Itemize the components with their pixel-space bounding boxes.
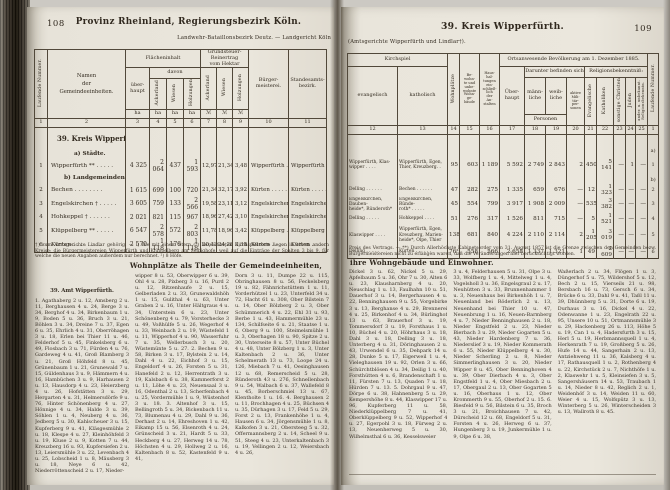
page-edge-shadow	[663, 0, 670, 490]
table-cell: Engelskirchen . .	[249, 197, 289, 211]
col-number: 17	[500, 126, 525, 135]
table-cell	[233, 128, 249, 149]
table-cell: Engelskirchen . .	[289, 197, 327, 211]
table-cell: 317	[480, 212, 500, 225]
table-cell: 811	[525, 212, 546, 225]
table-row: a) Städte.	[35, 149, 327, 159]
table-cell: Wipperfürth ** . . . . .	[48, 159, 126, 173]
header-religion: Religionsbekenntniß:	[585, 67, 648, 78]
table-cell: 2 843	[546, 154, 567, 177]
table-cell: —	[614, 184, 626, 197]
table-cell: 967	[184, 211, 201, 224]
table-cell: 21,34	[201, 184, 217, 197]
table-cell: 19,58	[201, 197, 217, 211]
table-cell: 100	[167, 184, 184, 197]
text-column: Dickel 3 u. 62, Nickel 5 u. 29, Apfelbau…	[349, 269, 447, 474]
table-cell: 676	[546, 184, 567, 197]
header-ackerland-m: Ackerland	[201, 68, 217, 110]
table-cell: 659	[525, 184, 546, 197]
table-cell: 1 521	[597, 212, 614, 225]
table-cell: 4 325	[126, 159, 150, 173]
left-table-header: Laufende Nummer. Namen der Gemeindeeinhe…	[35, 50, 327, 128]
header-haushaltungen: Haus- hal- tungen ein- schließ- lich der…	[480, 54, 500, 126]
table-cell: 27,42	[217, 211, 233, 224]
header-laufende-nummer: Laufende Nummer.	[35, 50, 48, 119]
header-militaer: aktive Mili- tär- per- sonen	[567, 78, 585, 126]
table-cell: Klüppelberg . . .	[249, 224, 289, 238]
header-maennliche: männ- liche	[525, 78, 546, 115]
table-cell	[217, 149, 233, 159]
table-cell	[249, 128, 289, 149]
header-wohngebaeude: Be- wohn- te und unbe- wohnte Wohn- ge- …	[460, 54, 480, 126]
andere-label: ander. u. unbekannt. Religionsbekenntn.	[638, 80, 646, 121]
table-cell: 1	[626, 154, 636, 177]
col-number: 1	[648, 126, 659, 135]
table-cell: 699	[150, 184, 167, 197]
table-cell: —	[626, 197, 636, 213]
right-footnote: Preis des Vertrags. — **) Durch Allerhöc…	[349, 246, 656, 257]
table-cell	[201, 173, 217, 184]
table-cell	[614, 177, 626, 184]
table-cell	[448, 177, 460, 184]
table-cell: 3,48	[233, 159, 249, 173]
table-cell: —	[636, 225, 648, 245]
table-cell: 5	[585, 212, 597, 225]
table-cell	[35, 173, 48, 184]
header-laufende-nummer-label: Laufende Nummer.	[38, 59, 43, 107]
table-cell: 840	[480, 225, 500, 245]
table-row: 5Klüppelberg ** . . . . .6 5472 5785722 …	[35, 224, 327, 238]
table-cell: 2 578	[150, 224, 167, 238]
table-cell: 2 064	[150, 159, 167, 173]
table-cell: 95	[448, 154, 460, 177]
table-cell	[585, 177, 597, 184]
col-number: 10	[249, 119, 289, 128]
table-cell: 759	[150, 197, 167, 211]
text-column: 39. Amt Wipperfürth. 1. Agathaberg 2 u. …	[35, 273, 129, 479]
left-wohnplaetze-columns: 39. Amt Wipperfürth. 1. Agathaberg 2 u. …	[35, 273, 329, 479]
col-number: 24	[626, 126, 636, 135]
table-cell: 1 189	[480, 154, 500, 177]
table-cell: Engelskirchen, Dauben- heide*, Ründeroth…	[348, 197, 398, 213]
col-number: 9	[233, 119, 249, 128]
col-number: 13	[398, 126, 448, 135]
table-cell: Engelskirchen, Ründe- roth* . . . . .	[398, 197, 448, 213]
table-cell: 1	[35, 159, 48, 173]
table-cell	[525, 177, 546, 184]
book-spine	[0, 0, 30, 490]
table-cell: 554	[460, 197, 480, 213]
table-cell: 5	[648, 225, 659, 245]
table-cell	[567, 177, 585, 184]
right-wohnplaetze-columns: Dickel 3 u. 62, Nickel 5 u. 29, Apfelbau…	[349, 269, 656, 475]
table-cell: 2	[567, 225, 585, 245]
header-ueberhaupt: Über- haupt	[500, 67, 525, 126]
left-section-heading: Wohnplätze als Theile der Gemeindeeinhei…	[122, 261, 330, 270]
header-kirchspiel: Kirchspiel	[348, 54, 448, 67]
table-row: 39. Kreis Wipperfürth.	[35, 128, 327, 149]
table-cell: 2 110	[525, 225, 546, 245]
unit-mark: ℳ	[233, 110, 249, 119]
table-cell: 1 593	[184, 159, 201, 173]
table-cell: 2 009	[546, 197, 567, 213]
table-cell	[546, 135, 567, 154]
table-cell: 2	[35, 184, 48, 197]
table-cell: 1 323	[597, 184, 614, 197]
table-cell: 3	[648, 197, 659, 213]
table-cell: 720	[184, 184, 201, 197]
header-flaecheninhalt: Flächeninhalt	[126, 50, 201, 68]
table-cell: —	[614, 154, 626, 177]
table-cell	[150, 173, 167, 184]
evangelische-label: Evangelische	[588, 84, 593, 117]
table-cell: —	[567, 197, 585, 213]
header-ackerland-ha: Ackerland	[150, 79, 167, 110]
table-cell: 3,92	[233, 184, 249, 197]
table-cell: 3 019	[597, 225, 614, 245]
table-cell: 2 566	[184, 197, 201, 211]
table-cell: —	[626, 225, 636, 245]
table-cell: —	[614, 225, 626, 245]
table-cell: Engelskirchen † . . . . .	[48, 197, 126, 211]
col-number: 11	[289, 119, 327, 128]
col-number: 5	[167, 119, 184, 128]
right-page-subtitle: (Amtsgerichte Wipperfürth und Lindlar†).	[348, 39, 466, 45]
header-sonstige-christen: sonstige Christen	[614, 78, 626, 126]
table-cell: Klüppelberg . .	[289, 224, 327, 238]
right-table-body: a)Wipperfürth, Klas- wipper . . . .Wippe…	[348, 135, 659, 259]
col-number: 22	[597, 126, 614, 135]
table-cell: —	[626, 212, 636, 225]
table-cell	[150, 128, 167, 149]
table-cell: Klaswipper . . . .	[348, 225, 398, 245]
table-cell: Bechen . . . . . . . .	[48, 184, 126, 197]
table-cell: 437	[167, 159, 184, 173]
table-cell	[480, 177, 500, 184]
table-cell: 2 021	[126, 211, 150, 224]
scanned-book-spread: 108 Provinz Rheinland, Regierungsbezirk …	[0, 0, 670, 490]
table-row: Engelskirchen, Dauben- heide*, Ründeroth…	[348, 197, 659, 213]
header-grundsteuer: Grundsteuer- Reinertrag vom Hektar	[201, 50, 249, 68]
table-cell	[167, 128, 184, 149]
table-row: 4Hohkeppel † . . . . . .2 02182111596718…	[35, 211, 327, 224]
table-cell: 799	[480, 197, 500, 213]
table-cell	[546, 177, 567, 184]
table-cell	[126, 128, 150, 149]
col-number: 4	[150, 119, 167, 128]
table-cell: 32,17	[217, 184, 233, 197]
holzungen-label: Holzungen	[238, 74, 243, 101]
table-cell	[348, 135, 398, 154]
table-row: 3Engelskirchen † . . . . .3 6057591332 5…	[35, 197, 327, 211]
table-cell: 603	[460, 154, 480, 177]
header-katholisch: katholisch	[398, 67, 448, 126]
table-cell: 2	[648, 184, 659, 197]
table-cell: 1 615	[126, 184, 150, 197]
table-cell: —	[567, 212, 585, 225]
table-cell: 11,78	[201, 224, 217, 238]
header-weibliche: weib- liche	[546, 78, 567, 115]
page-left: 108 Provinz Rheinland, Regierungsbezirk …	[27, 7, 334, 485]
table-cell: 276	[460, 212, 480, 225]
left-table-body: 39. Kreis Wipperfürth.a) Städte.1Wipperf…	[35, 128, 327, 253]
table-cell: —	[636, 154, 648, 177]
table-row: 1Wipperfürth ** . . . . .4 3252 0644371 …	[35, 159, 327, 173]
table-cell: 5	[35, 224, 48, 238]
table-cell	[201, 128, 217, 149]
table-cell	[597, 177, 614, 184]
katholiken-label: Katholiken	[602, 87, 607, 114]
header-personen: Personen	[525, 115, 567, 126]
table-cell: 1 335	[500, 184, 525, 197]
table-cell: Wipperfürth, Egen, Kreuzberg, Marien- he…	[398, 225, 448, 245]
table-cell	[249, 173, 289, 184]
col-number: 20	[567, 126, 585, 135]
table-cell: 51	[448, 212, 460, 225]
col-number: 14	[448, 126, 460, 135]
text-column: 3 u. 4, Felderhausen 5 u. 31, Olpe 3 u. …	[453, 269, 551, 474]
table-cell: Wipperfürth . . .	[249, 159, 289, 173]
right-section-heading: ihre Wohngebäude und Einwohner.	[350, 258, 494, 267]
table-cell: 138	[448, 225, 460, 245]
table-cell: Delling . . . . .	[348, 212, 398, 225]
header-ueberhaupt: über- haupt	[126, 68, 150, 110]
unit-ha: ha	[126, 110, 150, 119]
table-cell	[525, 135, 546, 154]
table-cell: Klüppelberg ** . . . . .	[48, 224, 126, 238]
table-row: b)	[348, 177, 659, 184]
header-darunter: Darunter befinden sich	[525, 67, 585, 78]
header-holzungen-m: Holzungen	[233, 68, 249, 110]
col-number: 21	[585, 126, 597, 135]
col-number: 25	[636, 126, 648, 135]
unit-ha: ha	[167, 110, 184, 119]
table-cell: 3 382	[597, 197, 614, 213]
table-cell	[184, 149, 201, 159]
juden-label: Juden	[628, 93, 633, 107]
table-cell: 3,42	[233, 224, 249, 238]
table-cell	[348, 177, 398, 184]
table-cell: 1 526	[500, 212, 525, 225]
left-footnote: †) zum Amtsgerichte Lindlar gehörig. — ¹…	[35, 243, 329, 260]
table-cell: 21,34	[217, 159, 233, 173]
table-cell: 4	[648, 212, 659, 225]
table-cell: Bechen . . . . . .	[398, 184, 448, 197]
table-cell	[217, 173, 233, 184]
table-cell	[626, 177, 636, 184]
table-cell	[398, 177, 448, 184]
col-number: 12	[348, 126, 398, 135]
col-number: 3	[126, 119, 150, 128]
table-cell: 2	[567, 154, 585, 177]
table-cell: Hohkeppel † . . . . . .	[48, 211, 126, 224]
wohnplaetze-label: Wohnplätze	[451, 74, 456, 103]
table-cell: 115	[167, 211, 184, 224]
table-cell	[500, 135, 525, 154]
table-cell	[289, 149, 327, 159]
col-number: 6	[184, 119, 201, 128]
ackerland-label: Ackerland	[206, 75, 211, 101]
text-column: wipper 8 u. 53, Oberwipper 6 u. 39, Ohl …	[135, 273, 229, 479]
header-evangelische: Evangelische	[585, 78, 597, 126]
table-row: b) Landgemeinden.	[35, 173, 327, 184]
table-cell: 39. Kreis Wipperfürth.	[48, 128, 126, 149]
text-column: Waßerlach 2 u. 34, Flögen 1 u. 3, Dünger…	[558, 269, 656, 474]
col-number: 1	[35, 119, 48, 128]
header-laufende-nummer-label: Laufende Nummer.	[651, 64, 656, 112]
header-holzungen-ha: Holzungen	[184, 79, 201, 110]
table-cell	[201, 149, 217, 159]
wiesen-label: Wiesen	[172, 84, 177, 102]
table-cell: Kürten . . . . . .	[249, 184, 289, 197]
table-cell	[126, 173, 150, 184]
col-number: 8	[217, 119, 233, 128]
table-cell: b)	[648, 177, 659, 184]
table-cell	[233, 149, 249, 159]
table-cell	[150, 149, 167, 159]
table-cell	[636, 135, 648, 154]
right-statistics-table: Kirchspiel Wohnplätze Be- wohn- te und u…	[347, 53, 659, 259]
table-cell: —	[626, 184, 636, 197]
header-davon: davon	[150, 68, 201, 79]
table-cell	[567, 135, 585, 154]
col-number: 16	[480, 126, 500, 135]
holzungen-label: Holzungen	[189, 79, 194, 106]
table-cell	[614, 135, 626, 154]
table-cell: 4 224	[500, 225, 525, 245]
table-cell	[597, 135, 614, 154]
table-cell	[167, 173, 184, 184]
table-cell: 572	[167, 224, 184, 238]
unit-mark: ℳ	[201, 110, 217, 119]
table-cell	[233, 173, 249, 184]
text-column: Dorn 3 u. 11, Dumpe 22 u. 115, Obringhau…	[235, 273, 329, 479]
table-cell: 535	[585, 197, 597, 213]
table-cell: 821	[150, 211, 167, 224]
table-cell: 3 917	[500, 197, 525, 213]
table-cell: 3 605	[126, 197, 150, 211]
gutter-shadow	[330, 0, 344, 490]
table-cell: 23,11	[217, 197, 233, 211]
header-wiesen-ha: Wiesen	[167, 79, 184, 110]
table-cell: 3,10	[233, 211, 249, 224]
left-page-title: Provinz Rheinland, Regierungsbezirk Köln…	[57, 17, 320, 27]
page-right: 109 39. Kreis Wipperfürth. (Amtsgerichte…	[341, 7, 664, 485]
table-cell: —	[614, 197, 626, 213]
ackerland-label: Ackerland	[155, 80, 160, 106]
right-page-title: 39. Kreis Wipperfürth.	[381, 21, 624, 32]
table-cell	[626, 135, 636, 154]
table-cell: 2 803	[184, 224, 201, 238]
wiesen-label: Wiesen	[222, 78, 227, 96]
table-row: Delling . . . . . .Bechen . . . . . .472…	[348, 184, 659, 197]
table-cell: 45	[448, 197, 460, 213]
table-cell: 715	[546, 212, 567, 225]
col-number: 2	[48, 119, 126, 128]
header-buergermeisterei: Bürger- meisterei.	[249, 50, 289, 119]
table-row: Wipperfürth, Klas- wipper . . . .Wipperf…	[348, 154, 659, 177]
table-cell	[35, 149, 48, 159]
table-cell	[126, 149, 150, 159]
table-cell: Hohkeppel . . . .	[398, 212, 448, 225]
table-cell: a) Städte.	[48, 149, 126, 159]
table-cell: Engelskirchen . .	[289, 211, 327, 224]
table-cell: 12	[585, 184, 597, 197]
table-cell: 6 547	[126, 224, 150, 238]
table-cell: 18,96	[217, 224, 233, 238]
table-cell: 12,97	[201, 159, 217, 173]
table-cell: 282	[460, 184, 480, 197]
col-number: 15	[460, 126, 480, 135]
table-cell: —	[636, 197, 648, 213]
table-cell: 450	[585, 154, 597, 177]
table-cell: b) Landgemeinden.	[48, 173, 126, 184]
table-cell	[636, 177, 648, 184]
table-cell: —	[567, 184, 585, 197]
table-row: a)	[348, 135, 659, 154]
table-cell: 4	[35, 211, 48, 224]
table-cell: 3	[35, 197, 48, 211]
table-cell	[217, 128, 233, 149]
left-statistics-table: Laufende Nummer. Namen der Gemeindeeinhe…	[34, 49, 327, 253]
table-cell: 2 749	[525, 154, 546, 177]
table-cell: Kürten . . . . .	[289, 184, 327, 197]
table-cell: 2 114	[546, 225, 567, 245]
header-standesamtsbezirk: Standesamts- bezirk.	[289, 50, 327, 119]
table-cell: 3,12	[233, 197, 249, 211]
col-number: 7	[201, 119, 217, 128]
table-cell: 5 592	[500, 154, 525, 177]
table-cell	[460, 135, 480, 154]
table-row: 2Bechen . . . . . . . .1 61569910072021,…	[35, 184, 327, 197]
header-andere: ander. u. unbekannt. Religionsbekenntn.	[636, 78, 648, 126]
col-number: 23	[614, 126, 626, 135]
table-cell	[480, 135, 500, 154]
table-cell	[35, 128, 48, 149]
right-page-number: 109	[634, 24, 652, 34]
table-cell: Delling . . . . . .	[348, 184, 398, 197]
table-cell: —	[636, 184, 648, 197]
wohnplaetze-text: 1. Agathaberg 2 u. 12, Amsberg 2 u. 11, …	[35, 298, 129, 475]
left-page-subtitle: Landwehr-Bataillonsbezirk Deutz. — Landg…	[137, 35, 331, 41]
unit-mark: ℳ	[217, 110, 233, 119]
table-cell: —	[636, 212, 648, 225]
table-cell: Wipperfürth, Klas- wipper . . . .	[348, 154, 398, 177]
unit-ha: ha	[150, 110, 167, 119]
header-laufende-nummer: Laufende Nummer.	[648, 54, 659, 126]
table-cell	[398, 135, 448, 154]
table-cell	[460, 177, 480, 184]
table-cell	[184, 128, 201, 149]
table-cell: 18,96	[201, 211, 217, 224]
table-cell: Wipperfürth . .	[289, 159, 327, 173]
table-cell	[289, 128, 327, 149]
sonstige-christen-label: sonstige Christen	[617, 78, 622, 122]
header-namen: Namen der Gemeindeeinheiten.	[48, 50, 126, 119]
unit-ha: ha	[184, 110, 201, 119]
table-row: Klaswipper . . . .Wipperfürth, Egen, Kre…	[348, 225, 659, 245]
header-wiesen-m: Wiesen	[217, 68, 233, 110]
right-table-header: Kirchspiel Wohnplätze Be- wohn- te und u…	[348, 54, 659, 135]
table-cell	[289, 173, 327, 184]
header-evangelisch: evangelisch	[348, 67, 398, 126]
table-cell	[249, 149, 289, 159]
header-bevoelkerung: Ortsanwesende Bevölkerung am 1. Dezember…	[500, 54, 648, 67]
table-cell: a)	[648, 135, 659, 154]
table-cell	[167, 149, 184, 159]
table-cell: 1 205	[585, 225, 597, 245]
table-cell: 47	[448, 184, 460, 197]
